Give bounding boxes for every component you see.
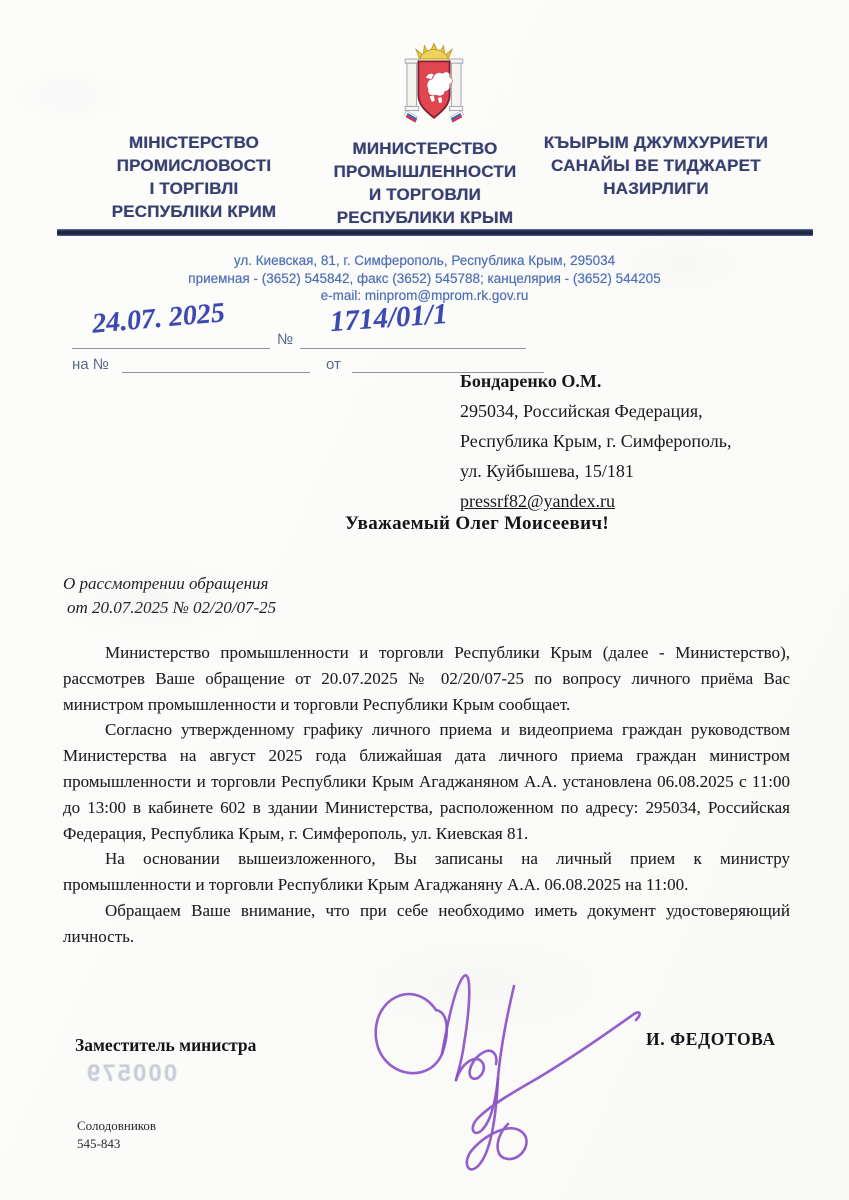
date-underline [72,348,270,349]
ministry-name-ukrainian: МІНІСТЕРСТВО ПРОМИСЛОВОСТІ І ТОРГІВЛІ РЕ… [88,131,300,223]
recipient-block: Бондаренко О.М. 295034, Российская Федер… [460,366,800,516]
header-line: ПРОМИСЛОВОСТІ [88,154,300,177]
subject-line: О рассмотрении обращения [63,572,383,596]
header-line: МИНИСТЕРСТВО [318,137,532,160]
recipient-name: Бондаренко О.М. [460,366,800,396]
header-line: НАЗИРЛИГИ [536,177,776,200]
header-line: МІНІСТЕРСТВО [88,131,300,154]
handwritten-signature [352,968,642,1183]
body-paragraph: Министерство промышленности и торговли Р… [63,640,790,717]
contact-phones: приемная - (3652) 545842, факс (3652) 54… [0,270,849,288]
body-paragraph: Согласно утвержденному графику личного п… [63,717,790,846]
body-paragraph: На основании вышеизложенного, Вы записан… [63,846,790,898]
header-line: КЪЫРЫМ ДЖУМХУРИЕТИ [536,131,776,154]
header-line: ПРОМЫШЛЕННОСТИ [318,160,532,183]
header-line: РЕСПУБЛІКИ КРИМ [88,200,300,223]
executor-block: Солодовников 545-843 [77,1117,156,1153]
header-line: И ТОРГОВЛИ [318,183,532,206]
executor-phone: 545-843 [77,1135,156,1153]
recipient-address-line: ул. Куйбышева, 15/181 [460,456,800,486]
signature-strokes [352,968,642,1183]
recipient-address-line: 295034, Российская Федерация, [460,396,800,426]
signer-position: Заместитель министра [75,1035,256,1056]
sun-icon [416,43,452,59]
contact-address: ул. Киевская, 81, г. Симферополь, Респуб… [0,252,849,270]
bleedthrough-stamp-number: 000579 [85,1060,177,1088]
crimea-coat-of-arms [398,40,470,132]
ministry-name-crimean-tatar: КЪЫРЫМ ДЖУМХУРИЕТИ САНАЙЫ ВЕ ТИДЖАРЕТ НА… [536,131,776,200]
letter-body: Министерство промышленности и торговли Р… [63,640,790,950]
reply-number-underline [122,372,310,373]
body-paragraph: Обращаем Ваше внимание, что при себе нео… [63,898,790,950]
number-underline [300,348,526,349]
scanned-letter-page: МІНІСТЕРСТВО ПРОМИСЛОВОСТІ І ТОРГІВЛІ РЕ… [0,0,849,1200]
subject-line: от 20.07.2025 № 02/20/07-25 [63,596,383,620]
handwritten-number: 1714/01/1 [329,298,449,339]
right-column [450,59,463,111]
ministry-name-russian: МИНИСТЕРСТВО ПРОМЫШЛЕННОСТИ И ТОРГОВЛИ Р… [318,137,532,229]
coat-of-arms-graphic [398,40,470,132]
recipient-email: pressrf82@yandex.ru [460,486,800,516]
left-column [405,59,418,111]
subject-block: О рассмотрении обращения от 20.07.2025 №… [63,572,383,620]
signer-name: И. ФЕДОТОВА [646,1029,776,1050]
reply-from-label: от [326,356,341,373]
executor-name: Солодовников [77,1117,156,1135]
reply-to-label: на № [72,356,109,373]
contact-block: ул. Киевская, 81, г. Симферополь, Респуб… [0,252,849,305]
header-line: І ТОРГІВЛІ [88,177,300,200]
salutation: Уважаемый Олег Моисеевич! [106,513,848,535]
header-line: САНАЙЫ ВЕ ТИДЖАРЕТ [536,154,776,177]
header-line: РЕСПУБЛИКИ КРЫМ [318,206,532,229]
recipient-address-line: Республика Крым, г. Симферополь, [460,426,800,456]
number-sign-label: № [277,331,293,348]
header-divider-bar [57,229,813,236]
